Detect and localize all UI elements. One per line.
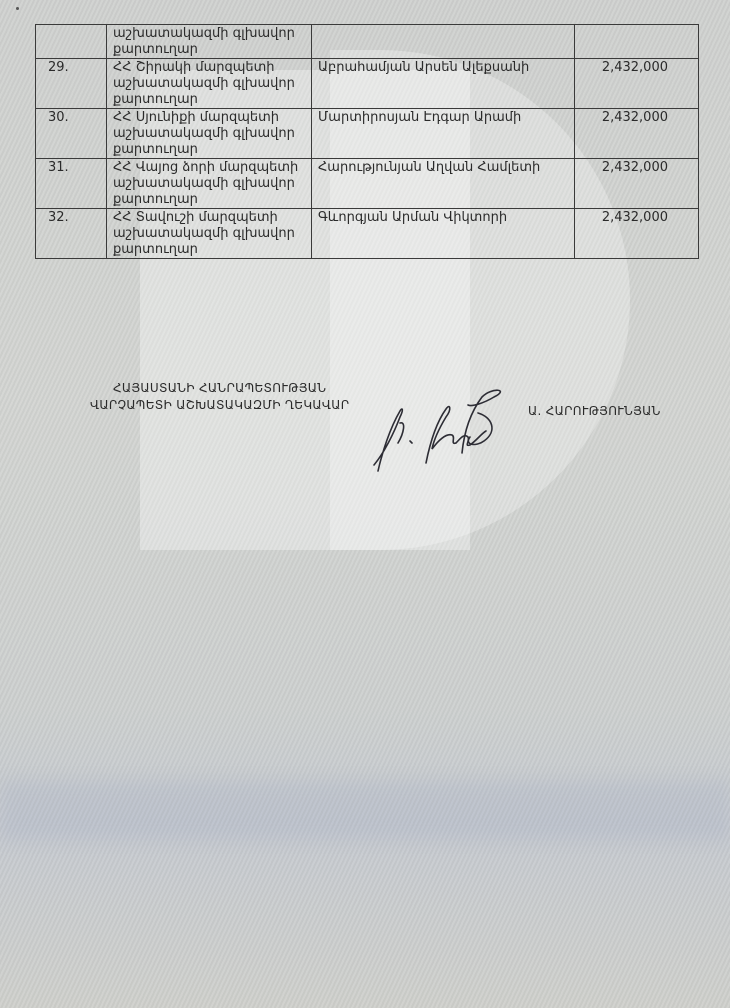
row-amount: 2,432,000 (575, 109, 699, 159)
row-position: ՀՀ Շիրակի մարզպետի աշխատակազմի գլխավոր ք… (107, 59, 312, 109)
position-line: քարտուղար (113, 242, 305, 258)
row-amount (575, 25, 699, 59)
row-amount: 2,432,000 (575, 159, 699, 209)
row-number: 32. (36, 209, 107, 259)
row-amount: 2,432,000 (575, 59, 699, 109)
table-row: 32. ՀՀ Տավուշի մարզպետի աշխատակազմի գլխա… (36, 209, 699, 259)
photo-shadow (0, 780, 730, 840)
table-row: 29. ՀՀ Շիրակի մարզպետի աշխատակազմի գլխավ… (36, 59, 699, 109)
table-row: 30. ՀՀ Սյունիքի մարզպետի աշխատակազմի գլխ… (36, 109, 699, 159)
row-number (36, 25, 107, 59)
row-name: Աբրահամյան Արսեն Ալեքսանի (312, 59, 575, 109)
position-line: քարտուղար (113, 192, 305, 208)
position-line: քարտուղար (113, 42, 305, 58)
position-line: ՀՀ Շիրակի մարզպետի (113, 60, 305, 76)
signatory-title: ՀԱՅԱՍՏԱՆԻ ՀԱՆՐԱՊԵՏՈՒԹՅԱՆ ՎԱՐՉԱՊԵՏԻ ԱՇԽԱՏ… (90, 380, 349, 414)
position-line: քարտուղար (113, 92, 305, 108)
position-line: ՀՀ Սյունիքի մարզպետի (113, 110, 305, 126)
handwritten-signature (360, 383, 510, 478)
row-name: Մարտիրոսյան Էդգար Արամի (312, 109, 575, 159)
table-row: 31. ՀՀ Վայոց ձորի մարզպետի աշխատակազմի գ… (36, 159, 699, 209)
row-number: 29. (36, 59, 107, 109)
paper-speck (16, 7, 19, 10)
position-line: աշխատակազմի գլխավոր (113, 176, 305, 192)
position-line: ՀՀ Վայոց ձորի մարզպետի (113, 160, 305, 176)
table-row-continued: աշխատակազմի գլխավոր քարտուղար (36, 25, 699, 59)
position-line: աշխատակազմի գլխավոր (113, 126, 305, 142)
row-number: 31. (36, 159, 107, 209)
row-position: աշխատակազմի գլխավոր քարտուղար (107, 25, 312, 59)
row-name: Գևորգյան Արման Վիկտորի (312, 209, 575, 259)
position-line: աշխատակազմի գլխավոր (113, 226, 305, 242)
signatory-title-line2: ՎԱՐՉԱՊԵՏԻ ԱՇԽԱՏԱԿԱԶՄԻ ՂԵԿԱՎԱՐ (90, 397, 349, 414)
row-name (312, 25, 575, 59)
position-line: աշխատակազմի գլխավոր (113, 26, 305, 42)
signatory-name: Ա. ՀԱՐՈՒԹՅՈՒՆՅԱՆ (528, 404, 661, 418)
row-amount: 2,432,000 (575, 209, 699, 259)
position-line: քարտուղար (113, 142, 305, 158)
row-number: 30. (36, 109, 107, 159)
position-line: ՀՀ Տավուշի մարզպետի (113, 210, 305, 226)
signatory-title-line1: ՀԱՅԱՍՏԱՆԻ ՀԱՆՐԱՊԵՏՈՒԹՅԱՆ (90, 380, 349, 397)
row-position: ՀՀ Վայոց ձորի մարզպետի աշխատակազմի գլխավ… (107, 159, 312, 209)
salary-table: աշխատակազմի գլխավոր քարտուղար 29. ՀՀ Շիր… (35, 24, 699, 259)
row-name: Հարությունյան Աղվան Համլետի (312, 159, 575, 209)
row-position: ՀՀ Սյունիքի մարզպետի աշխատակազմի գլխավոր… (107, 109, 312, 159)
row-position: ՀՀ Տավուշի մարզպետի աշխատակազմի գլխավոր … (107, 209, 312, 259)
position-line: աշխատակազմի գլխավոր (113, 76, 305, 92)
